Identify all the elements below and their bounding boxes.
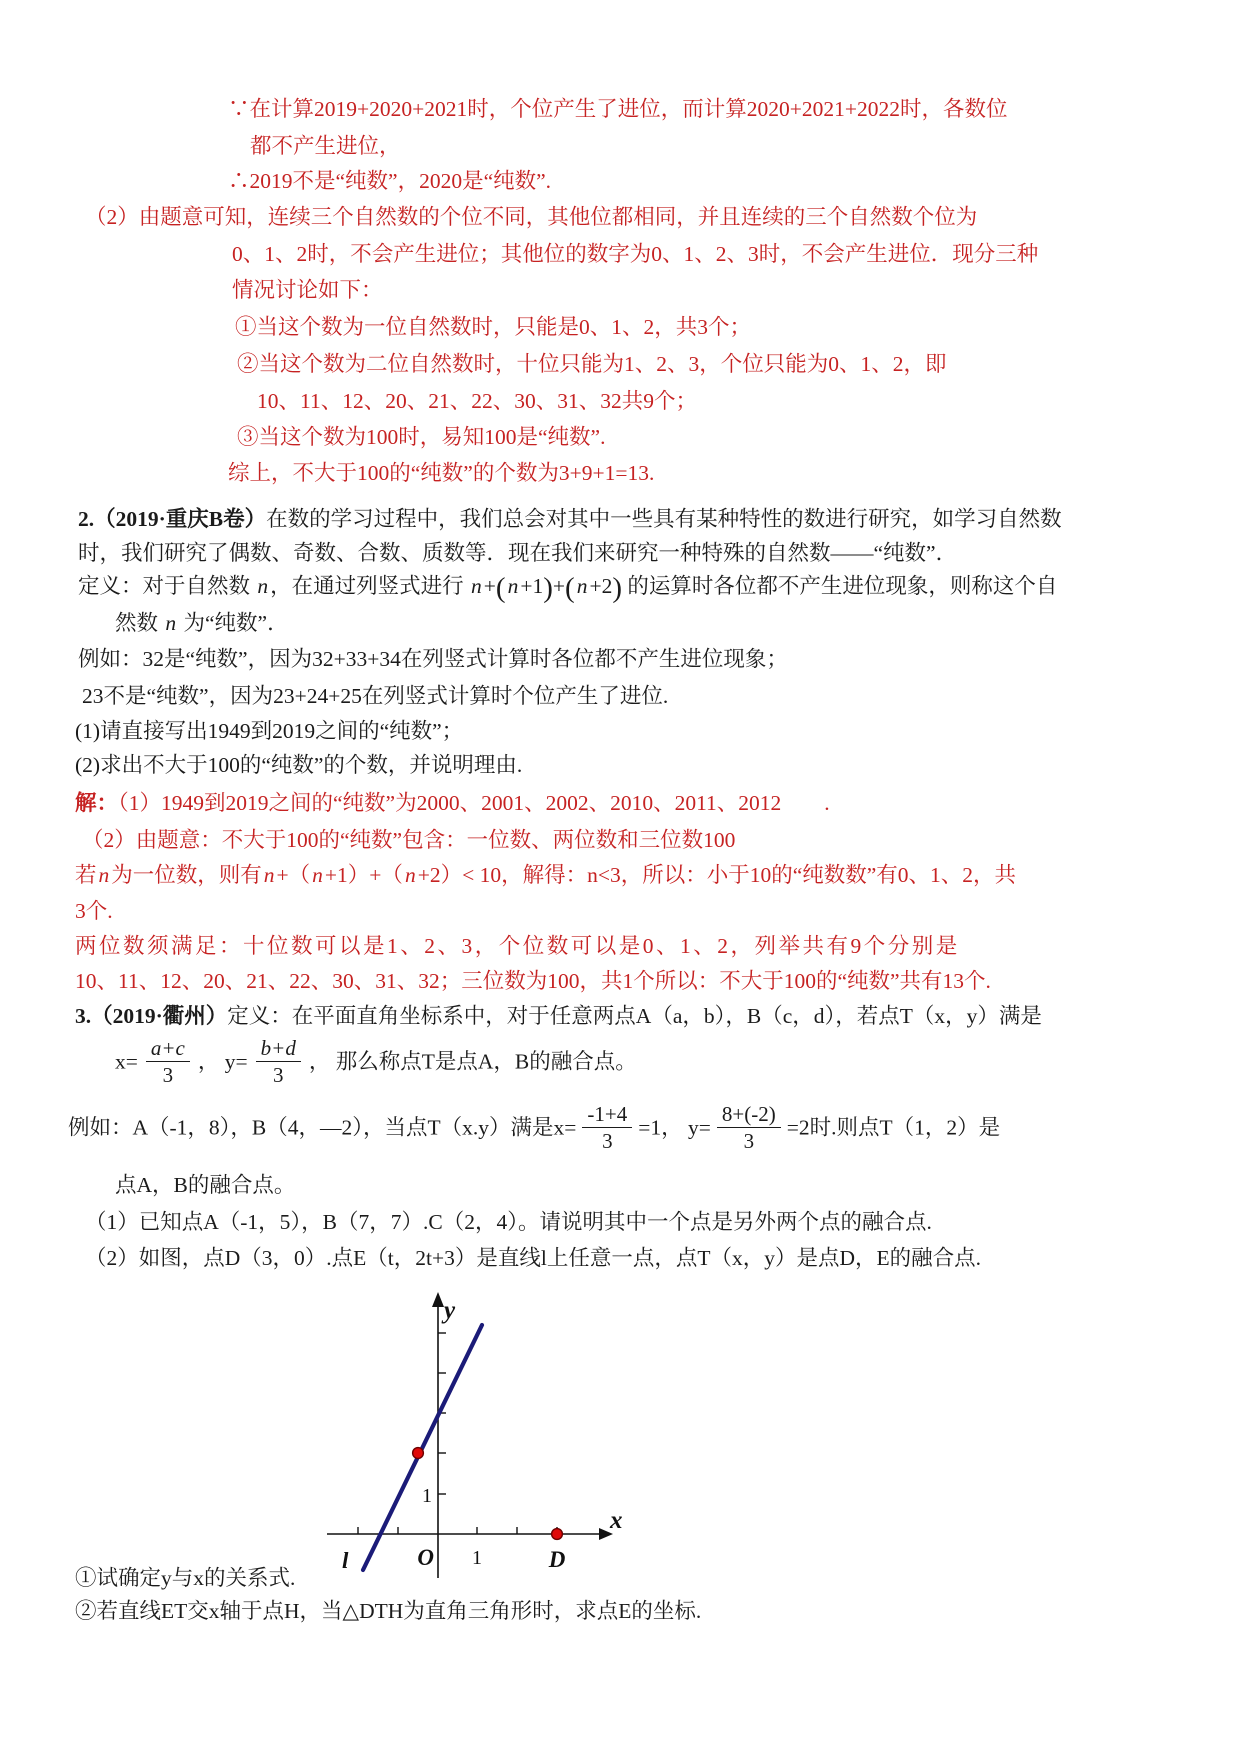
text-segment: n [312,863,323,887]
text-segment: ) [612,572,622,604]
text-segment: 例如：32是“纯数”，因为32+33+34在列竖式计算时各位都不产生进位现象； [78,647,788,671]
solution1-part2-line2: 0、1、2时，不会产生进位；其他位的数字为0、1、2、3时，不会产生进位．现分三… [232,241,1038,268]
y-tick-label-1: 1 [422,1485,432,1507]
text-segment: 情况讨论如下： [232,278,383,302]
text-segment: 然数 [115,611,163,635]
x-tick-label-1: 1 [472,1547,482,1569]
problem2-q1: (1)请直接写出1949到2019之间的“纯数”； [75,718,463,745]
origin-label: O [417,1545,434,1570]
problem2-header: 2.（2019·重庆B卷）在数的学习过程中，我们总会对其中一些具有某种特性的数进… [78,506,1062,533]
text-segment: 若 [75,863,97,887]
text-segment: 都不产生进位， [250,134,401,158]
point-on-line [413,1448,424,1459]
text-segment: x= [115,1050,138,1074]
problem3-example: 例如：A（-1，8），B（4，—2），当点T（x.y）满是x=-1+43=1， … [68,1104,1000,1155]
text-segment: 综上，不大于100的“纯数”的个数为3+9+1=13. [228,461,654,485]
case-3: ③当这个数为100时，易知100是“纯数”. [237,424,605,451]
fraction: 8+(-2)3 [717,1102,781,1153]
problem2-example2: 23不是“纯数”，因为23+24+25在列竖式计算时个位产生了进位. [82,683,668,710]
fraction-numerator: b+d [256,1036,301,1062]
y-axis-arrow [432,1292,444,1307]
text-segment: ，在通过列竖式进行 [270,574,469,598]
solution1-line1: ∵在计算2019+2020+2021时，个位产生了进位，而计算2020+2021… [228,96,1008,123]
coordinate-figure: yxO11Dl [322,1288,642,1588]
solution1-part2-line3: 情况讨论如下： [232,277,383,304]
point-d [552,1529,563,1540]
text-segment: n [471,574,482,598]
text-segment: 例如：A（-1，8），B（4，—2），当点T（x.y）满是x= [68,1116,576,1140]
fraction-numerator: 8+(-2) [717,1102,781,1128]
problem2-q2: (2)求出不大于100的“纯数”的个数，并说明理由. [75,752,522,779]
text-segment: n [165,611,176,635]
text-segment: ∵在计算2019+2020+2021时，个位产生了进位，而计算2020+2021… [228,97,1008,121]
text-segment: （1）已知点A（-1，5），B（7，7）.C（2，4）。请说明其中一个点是另外两… [85,1210,932,1234]
text-segment: 的运算时各位都不产生进位现象，则称这个自 [622,574,1057,598]
solution1-part2: （2）由题意可知，连续三个自然数的个位不同，其他位都相同，并且连续的三个自然数个… [85,204,977,231]
problem2-example1: 例如：32是“纯数”，因为32+33+34在列竖式计算时各位都不产生进位现象； [78,646,788,673]
problem2-definition-line2: 然数 n 为“纯数”． [115,610,289,637]
text-segment: +2 [589,574,612,598]
text-segment: 3个. [75,899,113,923]
text-segment: + [484,574,496,598]
problem3-example-line2: 点A，B的融合点。 [115,1172,295,1199]
text-segment: ②若直线ET交x轴于点H，当△DTH为直角三角形时，求点E的坐标. [75,1599,701,1623]
case-2-list: 10、11、12、20、21、22、30、31、32共9个； [257,388,697,415]
text-segment: 定义：在平面直角坐标系中，对于任意两点A（a，b），B（c，d），若点T（x，y… [227,1004,1042,1028]
text-segment: 10、11、12、20、21、22、30、31、32共9个； [257,389,697,413]
text-segment: （2）由题意可知，连续三个自然数的个位不同，其他位都相同，并且连续的三个自然数个… [85,205,977,229]
problem3-q1: （1）已知点A（-1，5），B（7，7）.C（2，4）。请说明其中一个点是另外两… [85,1209,932,1236]
problem3-q2-sub1: ①试确定y与x的关系式. [75,1565,295,1592]
point-d-label: D [548,1547,566,1572]
text-segment: 在数的学习过程中，我们总会对其中一些具有某种特性的数进行研究，如学习自然数 [266,507,1062,531]
solution1-line2: 都不产生进位， [250,133,401,160]
case-2: ②当这个数为二位自然数时，十位只能为1、2、3，个位只能为0、1、2，即 [237,351,947,378]
answer-part1: 解：（1）1949到2019之间的“纯数”为2000、2001、2002、201… [75,790,830,817]
text-segment: +1）+（ [325,863,403,887]
text-segment: 两位数须满足：十位数可以是1、2、3，个位数可以是0、1、2，列举共有9个分别是 [75,934,960,958]
answer-conclusion: 10、11、12、20、21、22、30、31、32；三位数为100，共1个所以… [75,968,991,995]
problem2-line2: 时，我们研究了偶数、奇数、合数、质数等．现在我们来研究一种特殊的自然数——“纯数… [78,540,957,567]
text-segment: +1 [520,574,543,598]
text-segment: 为“纯数”． [178,611,288,635]
text-segment: 解： [75,791,118,815]
text-segment: ， 那么称点T是点A，B的融合点。 [309,1050,637,1074]
problem3-q2: （2）如图，点D（3，0）.点E（t，2t+3）是直线l上任意一点，点T（x，y… [85,1245,981,1272]
solution1-conclusion: 综上，不大于100的“纯数”的个数为3+9+1=13. [228,460,654,487]
solution1-line3: ∴2019不是“纯数”，2020是“纯数”. [228,168,551,195]
text-segment: n [577,574,588,598]
text-segment: 时，我们研究了偶数、奇数、合数、质数等．现在我们来研究一种特殊的自然数——“纯数… [78,541,957,565]
problem2-definition: 定义：对于自然数 n，在通过列竖式进行 n+(n+1)+(n+2) 的运算时各位… [78,573,1057,600]
case-1: ①当这个数为一位自然数时，只能是0、1、2，共3个； [235,314,751,341]
fraction-numerator: -1+4 [582,1102,632,1128]
text-segment: +（ [277,863,311,887]
text-segment: ( [496,572,506,604]
text-segment: ①当这个数为一位自然数时，只能是0、1、2，共3个； [235,315,751,339]
text-segment: n [99,863,110,887]
fraction: -1+43 [582,1102,632,1153]
problem3-header: 3.（2019·衢州）定义：在平面直角坐标系中，对于任意两点A（a，b），B（c… [75,1003,1042,1030]
text-segment: n [508,574,519,598]
text-segment: ①试确定y与x的关系式. [75,1566,295,1590]
text-segment: 点A，B的融合点。 [115,1173,295,1197]
text-segment: 3.（2019·衢州） [75,1004,227,1028]
answer-part2: （2）由题意：不大于100的“纯数”包含：一位数、两位数和三位数100 [82,827,735,854]
x-axis-label: x [609,1507,623,1534]
answer-two-digit: 两位数须满足：十位数可以是1、2、3，个位数可以是0、1、2，列举共有9个分别是 [75,933,960,960]
text-segment: =1， y= [638,1116,711,1140]
text-segment: 定义：对于自然数 [78,574,255,598]
text-segment: ③当这个数为100时，易知100是“纯数”. [237,425,605,449]
text-segment: 10、11、12、20、21、22、30、31、32；三位数为100，共1个所以… [75,969,991,993]
text-segment: n [257,574,268,598]
text-segment: ) [543,572,553,604]
fraction-denominator: 3 [254,1062,303,1087]
text-segment: ∴2019不是“纯数”，2020是“纯数”. [228,169,551,193]
text-segment: =2时.则点T（1，2）是 [787,1116,1000,1140]
text-segment: (2)求出不大于100的“纯数”的个数，并说明理由. [75,753,522,777]
answer-one-digit: 若n为一位数，则有n+（n+1）+（n+2）< 10，解得：n<3，所以：小于1… [75,862,1016,889]
text-segment: （2）由题意：不大于100的“纯数”包含：一位数、两位数和三位数100 [82,828,735,852]
text-segment: (1)请直接写出1949到2019之间的“纯数”； [75,719,463,743]
fraction-denominator: 3 [144,1062,192,1087]
text-segment: n [264,863,275,887]
fraction-denominator: 3 [582,1128,632,1153]
text-segment: n [405,863,416,887]
problem3-formula: x=a+c3， y=b+d3， 那么称点T是点A，B的融合点。 [115,1038,637,1089]
text-segment: ， y= [198,1050,248,1074]
text-segment: 为一位数，则有 [111,863,262,887]
text-segment: + [553,574,565,598]
document-page: ∵在计算2019+2020+2021时，个位产生了进位，而计算2020+2021… [0,0,1241,1755]
fraction: a+c3 [144,1036,192,1087]
line-l-label: l [342,1548,349,1573]
text-segment: ( [565,572,575,604]
fraction-numerator: a+c [146,1036,190,1062]
text-segment: +2）< 10，解得：n<3，所以：小于10的“纯数数”有0、1、2，共 [418,863,1016,887]
text-segment: （1）1949到2019之间的“纯数”为2000、2001、2002、2010、… [118,791,830,815]
text-segment: 0、1、2时，不会产生进位；其他位的数字为0、1、2、3时，不会产生进位．现分三… [232,242,1038,266]
y-axis-label: y [441,1297,456,1324]
answer-one-digit-count: 3个. [75,898,113,925]
text-segment: 2.（2019·重庆B卷） [78,507,266,531]
text-segment: ②当这个数为二位自然数时，十位只能为1、2、3，个位只能为0、1、2，即 [237,352,947,376]
text-segment: 23不是“纯数”，因为23+24+25在列竖式计算时个位产生了进位. [82,684,668,708]
text-segment: （2）如图，点D（3，0）.点E（t，2t+3）是直线l上任意一点，点T（x，y… [85,1246,981,1270]
problem3-q2-sub2: ②若直线ET交x轴于点H，当△DTH为直角三角形时，求点E的坐标. [75,1598,701,1625]
fraction: b+d3 [254,1036,303,1087]
fraction-denominator: 3 [717,1128,781,1153]
